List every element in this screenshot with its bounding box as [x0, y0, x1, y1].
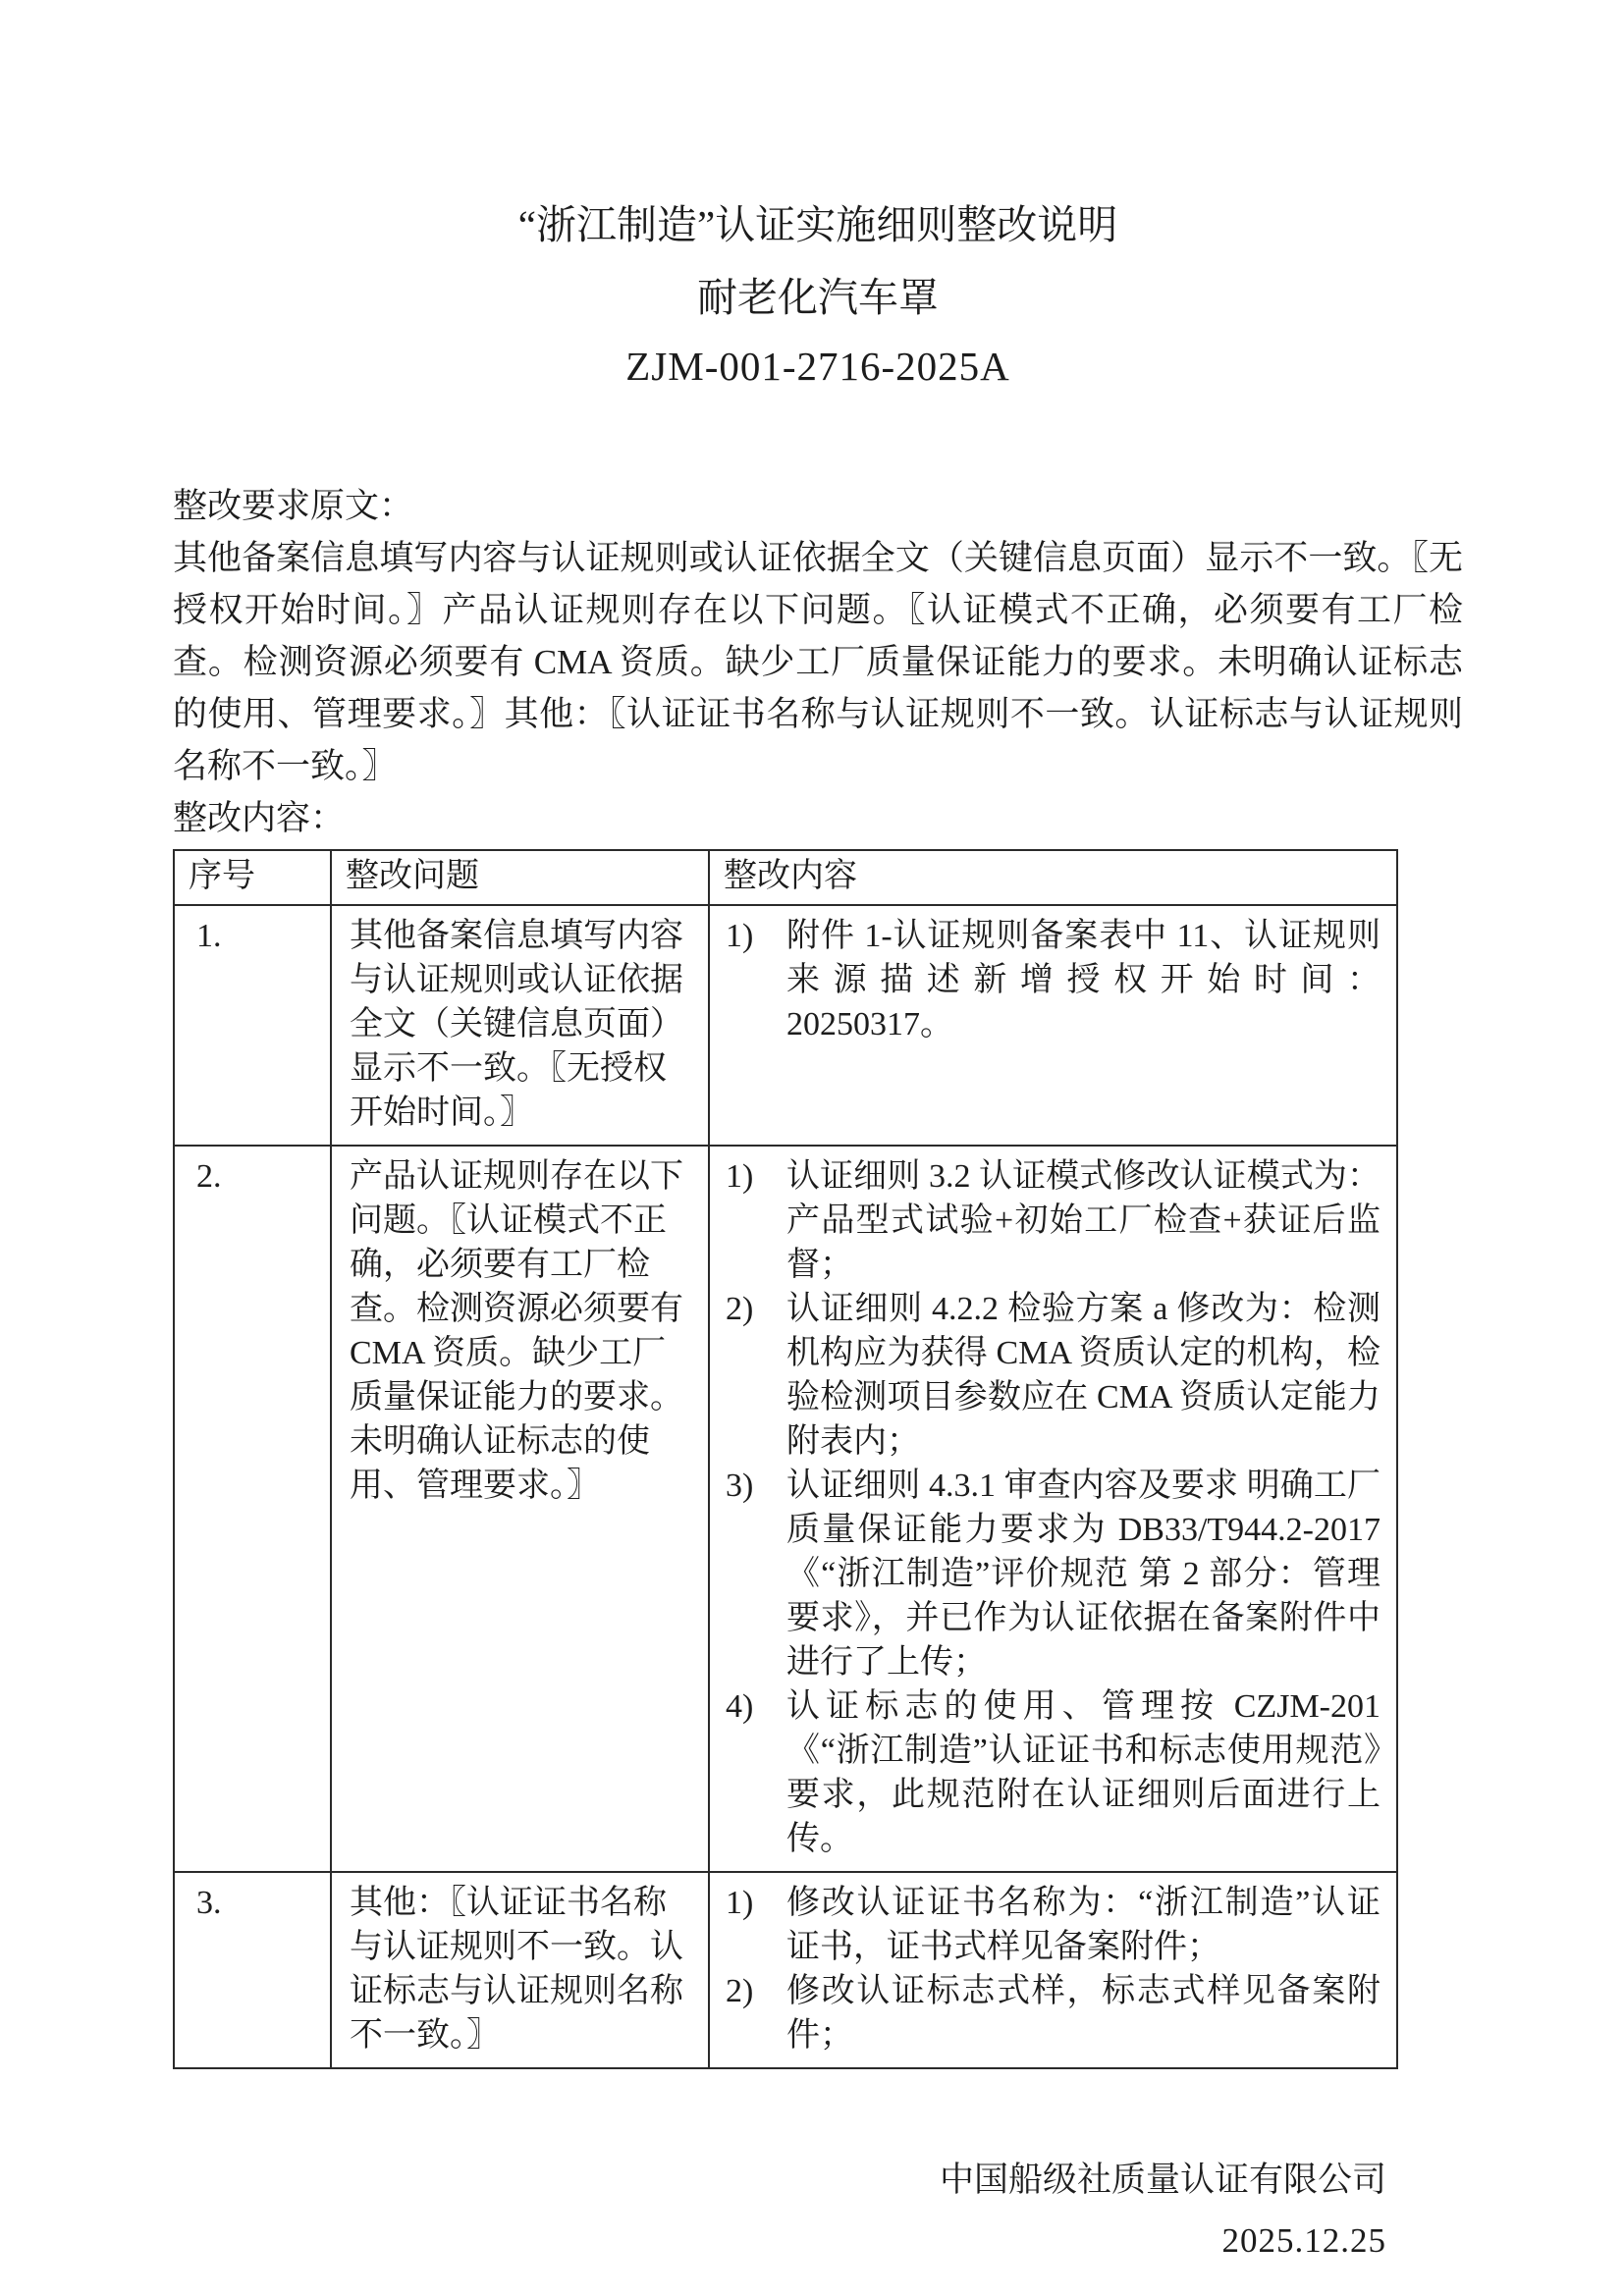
table-row: 3. 其他：〖认证证书名称与认证规则不一致。认证标志与认证规则名称不一致。〗 1… — [174, 1872, 1397, 2068]
list-item: 1) 附件 1-认证规则备案表中 11、认证规则来源描述新增授权开始时间：202… — [726, 914, 1380, 1046]
issue-date: 2025.12.25 — [173, 2216, 1386, 2266]
original-requirement-text: 其他备案信息填写内容与认证规则或认证依据全文（关键信息页面）显示不一致。〖无授权… — [173, 532, 1463, 792]
row-3-content: 1) 修改认证证书名称为：“浙江制造”认证证书，证书式样见备案附件； 2) 修改… — [709, 1872, 1397, 2068]
list-item-text: 附件 1-认证规则备案表中 11、认证规则来源描述新增授权开始时间：202503… — [786, 914, 1380, 1046]
list-item: 1) 认证细则 3.2 认证模式修改认证模式为：产品型式试验+初始工厂检查+获证… — [726, 1154, 1380, 1287]
row-3-problem: 其他：〖认证证书名称与认证规则不一致。认证标志与认证规则名称不一致。〗 — [331, 1872, 709, 2068]
rectification-label: 整改内容： — [173, 792, 1463, 844]
list-item-text: 认证细则 4.3.1 审查内容及要求 明确工厂质量保证能力要求为 DB33/T9… — [786, 1464, 1380, 1684]
list-item-marker: 4) — [726, 1684, 786, 1729]
list-item-marker: 3) — [726, 1464, 786, 1508]
list-item-text: 认证细则 4.2.2 检验方案 a 修改为：检测机构应为获得 CMA 资质认定的… — [786, 1287, 1380, 1464]
list-item: 2) 修改认证标志式样，标志式样见备案附件； — [726, 1969, 1380, 2057]
document-page: “浙江制造”认证实施细则整改说明 耐老化汽车罩 ZJM-001-2716-202… — [0, 0, 1624, 2296]
heading-block: “浙江制造”认证实施细则整改说明 耐老化汽车罩 ZJM-001-2716-202… — [173, 201, 1463, 390]
header-serial-number: 序号 — [174, 850, 331, 905]
table-header-row: 序号 整改问题 整改内容 — [174, 850, 1397, 905]
product-name: 耐老化汽车罩 — [173, 274, 1463, 321]
row-2-serial: 2. — [174, 1146, 331, 1872]
footer-block: 中国船级社质量认证有限公司 2025.12.25 — [173, 2156, 1396, 2266]
table-row: 2. 产品认证规则存在以下问题。〖认证模式不正确，必须要有工厂检查。检测资源必须… — [174, 1146, 1397, 1872]
list-item-marker: 1) — [726, 1154, 786, 1199]
list-item: 1) 修改认证证书名称为：“浙江制造”认证证书，证书式样见备案附件； — [726, 1881, 1380, 1969]
list-item: 4) 认证标志的使用、管理按 CZJM-201《“浙江制造”认证证书和标志使用规… — [726, 1684, 1380, 1861]
list-item-marker: 2) — [726, 1969, 786, 2013]
row-3-serial: 3. — [174, 1872, 331, 2068]
row-1-problem: 其他备案信息填写内容与认证规则或认证依据全文（关键信息页面）显示不一致。〖无授权… — [331, 905, 709, 1146]
list-item-text: 修改认证标志式样，标志式样见备案附件； — [786, 1969, 1380, 2057]
list-item: 3) 认证细则 4.3.1 审查内容及要求 明确工厂质量保证能力要求为 DB33… — [726, 1464, 1380, 1684]
list-item-marker: 2) — [726, 1287, 786, 1331]
header-content: 整改内容 — [709, 850, 1397, 905]
list-item: 2) 认证细则 4.2.2 检验方案 a 修改为：检测机构应为获得 CMA 资质… — [726, 1287, 1380, 1464]
list-item-marker: 1) — [726, 914, 786, 958]
body-block: 整改要求原文： 其他备案信息填写内容与认证规则或认证依据全文（关键信息页面）显示… — [173, 480, 1463, 2266]
rectification-table: 序号 整改问题 整改内容 1. 其他备案信息填写内容与认证规则或认证依据全文（关… — [173, 849, 1398, 2069]
document-title: “浙江制造”认证实施细则整改说明 — [173, 201, 1463, 248]
original-requirement-label: 整改要求原文： — [173, 480, 1463, 532]
table-row: 1. 其他备案信息填写内容与认证规则或认证依据全文（关键信息页面）显示不一致。〖… — [174, 905, 1397, 1146]
list-item-text: 认证细则 3.2 认证模式修改认证模式为：产品型式试验+初始工厂检查+获证后监督… — [786, 1154, 1380, 1287]
header-problem: 整改问题 — [331, 850, 709, 905]
list-item-text: 修改认证证书名称为：“浙江制造”认证证书，证书式样见备案附件； — [786, 1881, 1380, 1969]
list-item-marker: 1) — [726, 1881, 786, 1925]
row-2-content: 1) 认证细则 3.2 认证模式修改认证模式为：产品型式试验+初始工厂检查+获证… — [709, 1146, 1397, 1872]
list-item-text: 认证标志的使用、管理按 CZJM-201《“浙江制造”认证证书和标志使用规范》要… — [786, 1684, 1380, 1861]
company-name: 中国船级社质量认证有限公司 — [173, 2156, 1386, 2205]
row-2-problem: 产品认证规则存在以下问题。〖认证模式不正确，必须要有工厂检查。检测资源必须要有 … — [331, 1146, 709, 1872]
row-1-serial: 1. — [174, 905, 331, 1146]
document-number: ZJM-001-2716-2025A — [173, 343, 1463, 390]
row-1-content: 1) 附件 1-认证规则备案表中 11、认证规则来源描述新增授权开始时间：202… — [709, 905, 1397, 1146]
